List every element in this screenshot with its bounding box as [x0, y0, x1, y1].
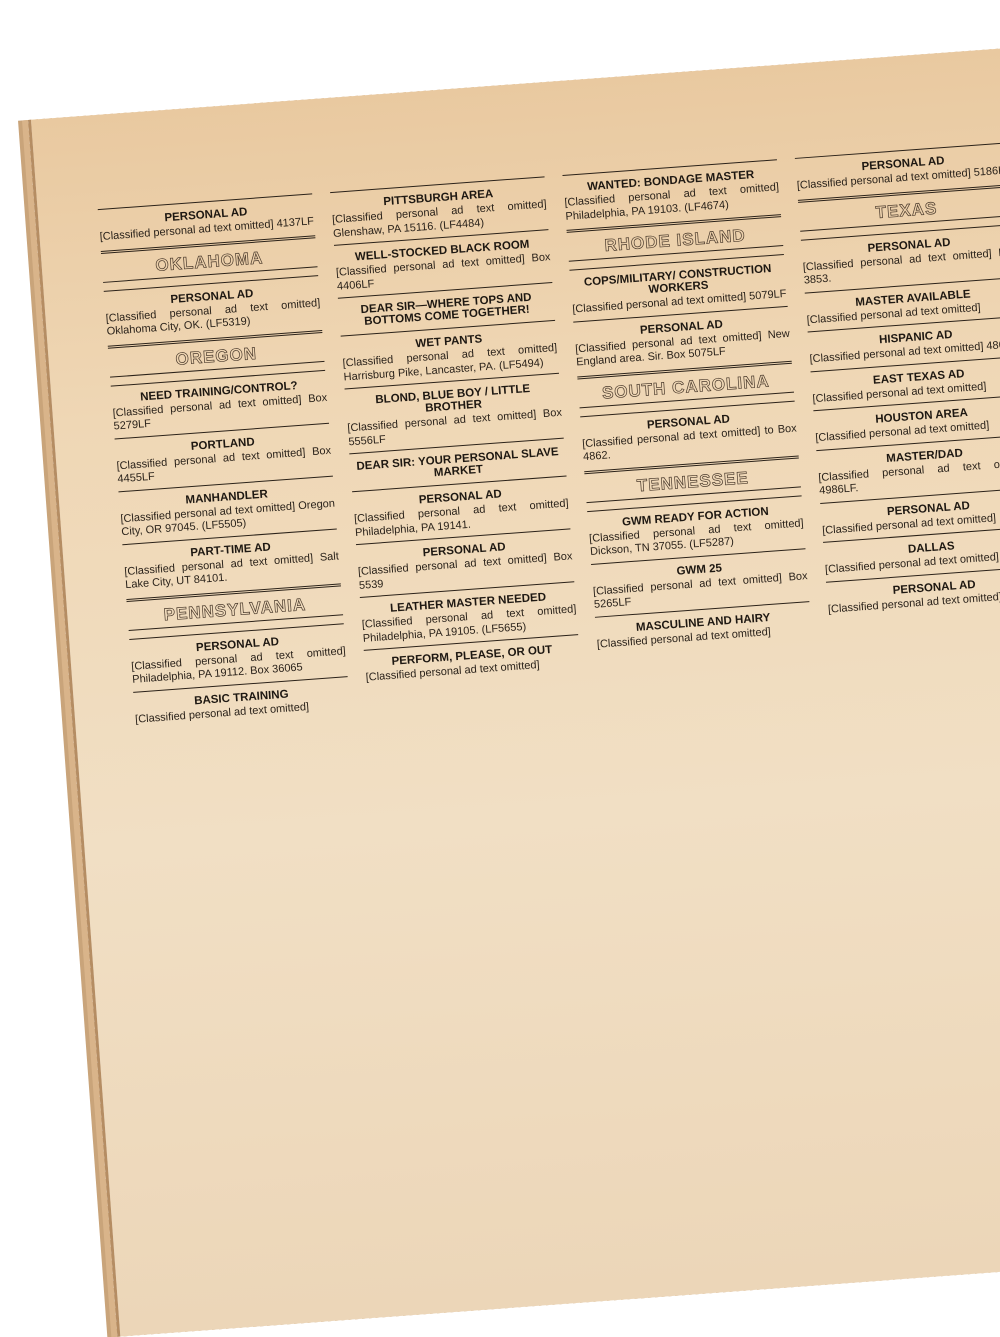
column-4: Personal Ad[Classified personal ad text …	[795, 138, 1000, 675]
classified-columns: Personal Ad[Classified personal ad text …	[97, 135, 1000, 727]
classified-ad: Dear Sir—Where Tops and Bottoms Come Tog…	[338, 287, 555, 332]
classified-ad: Perform, Please, or Out[Classified perso…	[364, 639, 581, 685]
magazine-page: Personal Ad[Classified personal ad text …	[28, 47, 1000, 1306]
column-2: Pittsburgh Area[Classified personal ad t…	[330, 172, 583, 709]
classified-ad: Blond, Blue Boy / Little Brother[Classif…	[345, 378, 564, 450]
classified-ad: Master Available[Classified personal ad …	[805, 281, 1000, 327]
classified-ad: Dear Sir: Your Personal Slave Market	[350, 443, 567, 488]
classified-ad: Masculine and Hairy[Classified personal …	[595, 606, 812, 652]
column-1: Personal Ad[Classified personal ad text …	[97, 189, 350, 726]
classified-ad: Basic Training[Classified personal ad te…	[133, 681, 350, 727]
column-3: Wanted: Bondage Master[Classified person…	[562, 155, 815, 692]
classified-ad: Personal Ad[Classified personal ad text …	[826, 571, 1000, 617]
